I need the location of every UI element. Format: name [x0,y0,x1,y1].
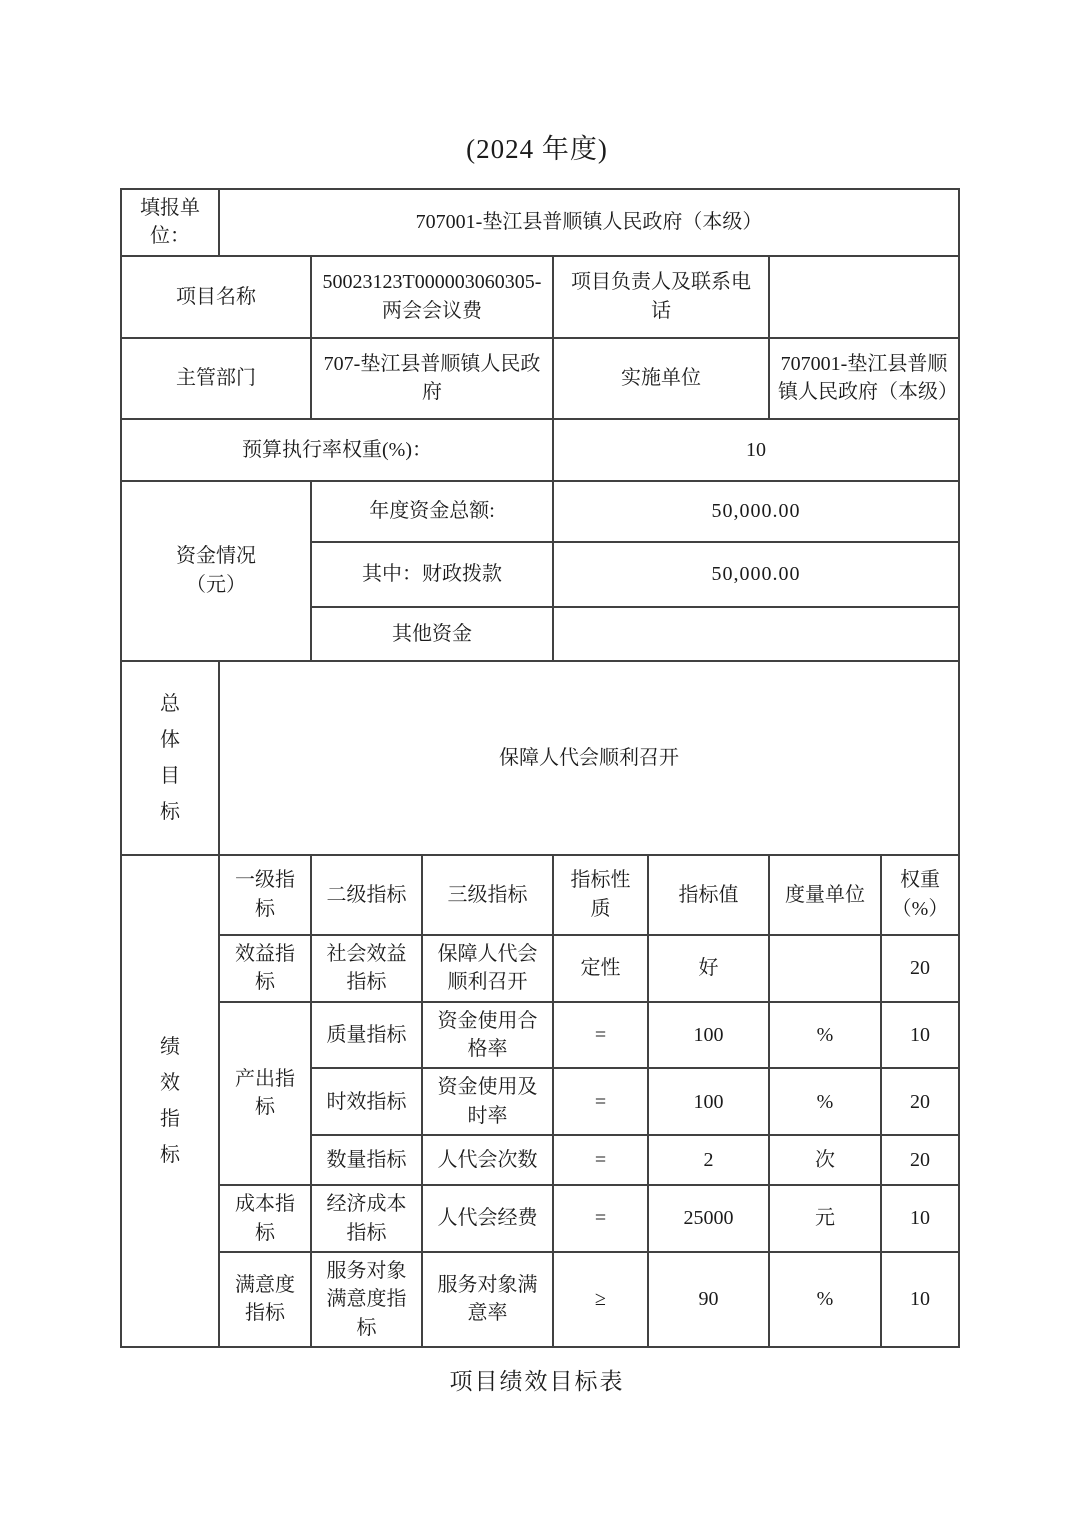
indicator-weight-cell: 10 [881,1252,959,1347]
page-title: (2024 年度) [0,0,1074,165]
header-weight-cell: 权重（%） [881,855,959,935]
overall-goal-label-cell: 总体目标 [121,661,219,855]
impl-unit-label-cell: 实施单位 [553,338,769,419]
indicator-value-cell: 25000 [648,1185,769,1252]
indicator-level1-cell: 满意度指标 [219,1252,311,1347]
indicator-unit-cell: 元 [769,1185,881,1252]
funds-group-label-line1: 资金情况 [130,542,302,570]
indicator-unit-cell [769,935,881,1002]
indicator-level2-cell: 时效指标 [311,1068,422,1135]
indicator-level1-cell: 效益指标 [219,935,311,1002]
header-level2-cell: 二级指标 [311,855,422,935]
budget-rate-value-cell: 10 [553,419,959,481]
indicators-group-label: 绩效指标 [159,1029,181,1173]
impl-unit-value-cell: 707001-垫江县普顺镇人民政府（本级） [769,338,959,419]
row-department: 主管部门 707-垫江县普顺镇人民政府 实施单位 707001-垫江县普顺镇人民… [121,338,959,419]
indicator-unit-cell: % [769,1002,881,1069]
indicator-value-cell: 100 [648,1002,769,1069]
indicator-level2-cell: 数量指标 [311,1135,422,1185]
indicator-level1-cell: 成本指标 [219,1185,311,1252]
funds-total-value-cell: 50,000.00 [553,481,959,542]
indicator-unit-cell: % [769,1068,881,1135]
indicator-level2-cell: 社会效益指标 [311,935,422,1002]
indicator-level3-cell: 人代会次数 [422,1135,553,1185]
indicators-group-label-cell: 绩效指标 [121,855,219,1347]
indicator-nature-cell: 定性 [553,935,648,1002]
funds-group-label-line2: （元） [130,571,302,599]
indicator-level1-cell: 产出指标 [219,1002,311,1186]
budget-rate-label-cell: 预算执行率权重(%)： [121,419,553,481]
row-reporting-unit: 填报单位： 707001-垫江县普顺镇人民政府（本级） [121,189,959,256]
project-leader-value-cell [769,256,959,338]
indicator-level2-cell: 服务对象满意度指标 [311,1252,422,1347]
indicator-row: 效益指标 社会效益指标 保障人代会顺利召开 定性 好 20 [121,935,959,1002]
dept-value-cell: 707-垫江县普顺镇人民政府 [311,338,553,419]
indicator-level3-cell: 服务对象满意率 [422,1252,553,1347]
indicator-level2-cell: 质量指标 [311,1002,422,1069]
funds-fiscal-value-cell: 50,000.00 [553,542,959,607]
reporting-unit-value-cell: 707001-垫江县普顺镇人民政府（本级） [219,189,959,256]
indicator-value-cell: 好 [648,935,769,1002]
indicator-nature-cell: = [553,1002,648,1069]
project-name-value-cell: 50023123T000003060305-两会会议费 [311,256,553,338]
indicator-weight-cell: 20 [881,1135,959,1185]
indicator-nature-cell: ≥ [553,1252,648,1347]
header-nature-cell: 指标性质 [553,855,648,935]
row-budget-rate: 预算执行率权重(%)： 10 [121,419,959,481]
row-overall-goal: 总体目标 保障人代会顺利召开 [121,661,959,855]
indicator-weight-cell: 20 [881,935,959,1002]
indicator-nature-cell: = [553,1068,648,1135]
row-indicator-header: 绩效指标 一级指标 二级指标 三级指标 指标性质 指标值 度量单位 权重（%） [121,855,959,935]
overall-goal-value-cell: 保障人代会顺利召开 [219,661,959,855]
indicator-level3-cell: 保障人代会顺利召开 [422,935,553,1002]
indicator-weight-cell: 10 [881,1185,959,1252]
project-leader-label-cell: 项目负责人及联系电话 [553,256,769,338]
header-level1-cell: 一级指标 [219,855,311,935]
indicator-row: 满意度指标 服务对象满意度指标 服务对象满意率 ≥ 90 % 10 [121,1252,959,1347]
funds-other-value-cell [553,607,959,661]
funds-group-label-cell: 资金情况 （元） [121,481,311,661]
indicator-level3-cell: 资金使用及时率 [422,1068,553,1135]
overall-goal-label: 总体目标 [159,686,181,830]
funds-other-label-cell: 其他资金 [311,607,553,661]
row-funds-total: 资金情况 （元） 年度资金总额: 50,000.00 [121,481,959,542]
indicator-value-cell: 90 [648,1252,769,1347]
reporting-unit-label-cell: 填报单位： [121,189,219,256]
funds-total-label-cell: 年度资金总额: [311,481,553,542]
header-unit-cell: 度量单位 [769,855,881,935]
indicator-nature-cell: = [553,1135,648,1185]
indicator-unit-cell: % [769,1252,881,1347]
project-name-label-cell: 项目名称 [121,256,311,338]
indicator-level3-cell: 资金使用合格率 [422,1002,553,1069]
header-value-cell: 指标值 [648,855,769,935]
dept-label-cell: 主管部门 [121,338,311,419]
indicator-unit-cell: 次 [769,1135,881,1185]
indicator-level2-cell: 经济成本指标 [311,1185,422,1252]
row-project-name: 项目名称 50023123T000003060305-两会会议费 项目负责人及联… [121,256,959,338]
header-level3-cell: 三级指标 [422,855,553,935]
funds-fiscal-label-cell: 其中：财政拨款 [311,542,553,607]
indicator-nature-cell: = [553,1185,648,1252]
indicator-weight-cell: 20 [881,1068,959,1135]
indicator-row: 产出指标 质量指标 资金使用合格率 = 100 % 10 [121,1002,959,1069]
indicator-weight-cell: 10 [881,1002,959,1069]
indicator-value-cell: 2 [648,1135,769,1185]
table-caption: 项目绩效目标表 [0,1363,1074,1396]
performance-target-table: 填报单位： 707001-垫江县普顺镇人民政府（本级） 项目名称 5002312… [120,188,960,1348]
indicator-value-cell: 100 [648,1068,769,1135]
indicator-level3-cell: 人代会经费 [422,1185,553,1252]
indicator-row: 成本指标 经济成本指标 人代会经费 = 25000 元 10 [121,1185,959,1252]
